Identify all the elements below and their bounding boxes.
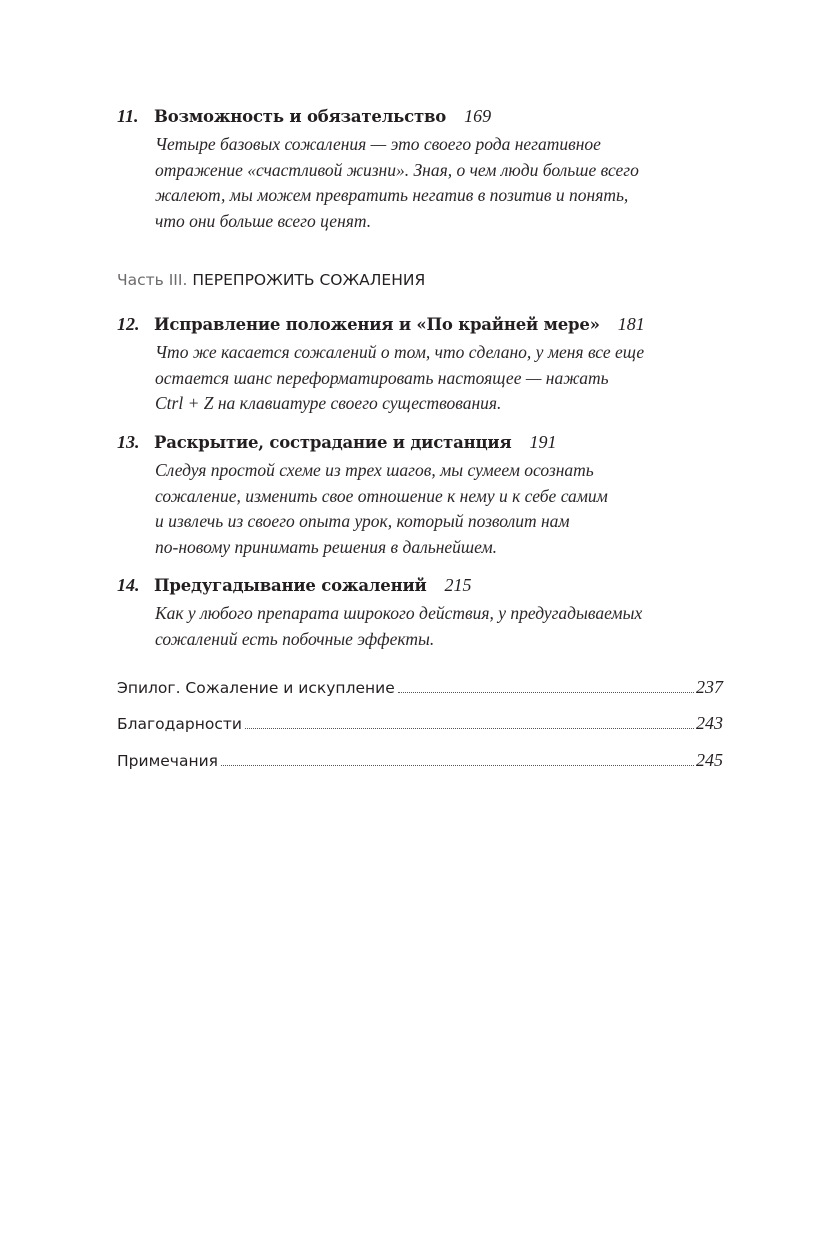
chapter-14[interactable]: 14. Предугадывание сожалений 215 Как у л…: [117, 575, 737, 652]
table-of-contents-page: 11. Возможность и обязательство 169 Четы…: [0, 0, 833, 1240]
chapter-description: Следуя простой схеме из трех шагов, мы с…: [155, 458, 737, 560]
entry-title: Примечания: [117, 752, 218, 770]
chapter-page: 169: [464, 106, 491, 127]
chapter-11[interactable]: 11. Возможность и обязательство 169 Четы…: [117, 106, 737, 234]
dot-leader: [398, 692, 694, 693]
chapter-title: Исправление положения и «По крайней мере…: [154, 315, 600, 334]
back-matter-notes[interactable]: Примечания 245: [117, 750, 723, 774]
chapter-page: 181: [618, 314, 645, 335]
back-matter-acknowledgements[interactable]: Благодарности 243: [117, 713, 723, 737]
chapter-title: Раскрытие, сострадание и дистанция: [154, 433, 511, 452]
chapter-description: Четыре базовых сожаления — это своего ро…: [155, 132, 737, 234]
chapter-13[interactable]: 13. Раскрытие, сострадание и дистанция 1…: [117, 432, 737, 560]
chapter-title: Возможность и обязательство: [154, 107, 446, 126]
chapter-page: 215: [445, 575, 472, 596]
part-title: ПЕРЕПРОЖИТЬ СОЖАЛЕНИЯ: [192, 271, 425, 289]
chapter-description: Что же касается сожалений о том, что сде…: [155, 340, 737, 417]
chapter-number: 11.: [117, 106, 154, 127]
entry-title: Эпилог. Сожаление и искупление: [117, 679, 395, 697]
dot-leader: [245, 728, 694, 729]
part-label: Часть III.: [117, 271, 187, 289]
entry-page: 245: [696, 750, 723, 771]
entry-page: 237: [696, 677, 723, 698]
chapter-title: Предугадывание сожалений: [154, 576, 427, 595]
entry-page: 243: [696, 713, 723, 734]
chapter-page: 191: [529, 432, 556, 453]
chapter-number: 13.: [117, 432, 154, 453]
chapter-number: 14.: [117, 575, 154, 596]
part-heading: Часть III. ПЕРЕПРОЖИТЬ СОЖАЛЕНИЯ: [117, 271, 425, 289]
dot-leader: [221, 765, 694, 766]
back-matter-epilogue[interactable]: Эпилог. Сожаление и искупление 237: [117, 677, 723, 701]
entry-title: Благодарности: [117, 715, 242, 733]
chapter-number: 12.: [117, 314, 154, 335]
chapter-description: Как у любого препарата широкого действия…: [155, 601, 737, 652]
chapter-12[interactable]: 12. Исправление положения и «По крайней …: [117, 314, 737, 417]
